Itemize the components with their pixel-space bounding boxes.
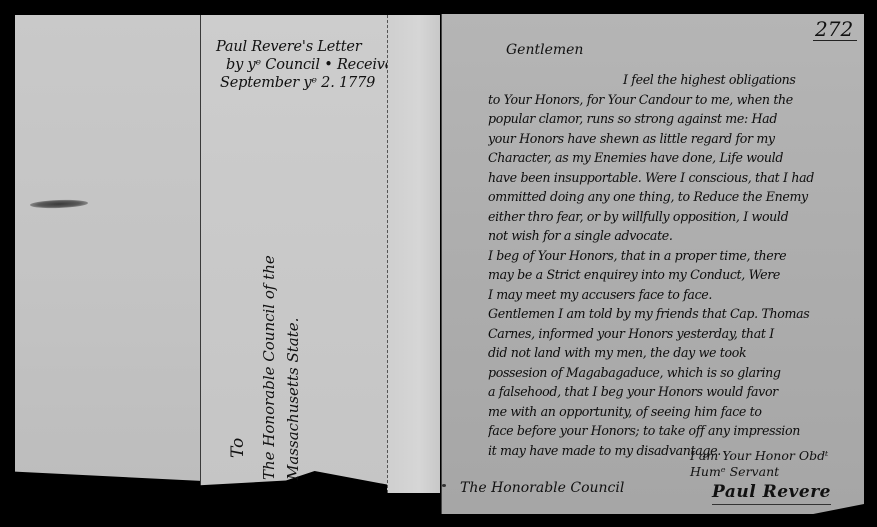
letter-line: I beg of Your Honors, that in a proper t… bbox=[488, 246, 863, 266]
docket-line: September yᵉ 2. 1779 bbox=[216, 74, 391, 92]
address-line: Massachusetts State. bbox=[284, 318, 302, 480]
letter-line: either thro fear, or by willfully opposi… bbox=[488, 207, 863, 227]
closing: I am Your Honor Obdᵗ Humᵉ Servant bbox=[690, 448, 828, 480]
margin-mark bbox=[442, 484, 446, 487]
address-to: To bbox=[228, 438, 248, 458]
letter-line: did not land with my men, the day we too… bbox=[488, 343, 863, 363]
address-line: The Honorable Council of the bbox=[260, 255, 278, 480]
closing-line: I am Your Honor Obdᵗ bbox=[690, 448, 828, 464]
letter-line: I feel the highest obligations bbox=[488, 70, 863, 90]
salutation: Gentlemen bbox=[506, 42, 583, 58]
letter-line: possesion of Magabagaduce, which is so g… bbox=[488, 363, 863, 383]
letter-line: Character, as my Enemies have done, Life… bbox=[488, 148, 863, 168]
letter-line: Gentlemen I am told by my friends that C… bbox=[488, 304, 863, 324]
letter-line: may be a Strict enquirey into my Conduct… bbox=[488, 265, 863, 285]
letter-line: your Honors have shewn as little regard … bbox=[488, 129, 863, 149]
closing-line: Humᵉ Servant bbox=[690, 464, 828, 480]
signature: Paul Revere bbox=[712, 482, 831, 505]
letter-line: I may meet my accusers face to face. bbox=[488, 285, 863, 305]
letter-line: Carnes, informed your Honors yesterday, … bbox=[488, 324, 863, 344]
docket-note: Paul Revere's Letter by yᵉ Council • Rec… bbox=[216, 38, 391, 92]
page-number: 272 bbox=[813, 18, 857, 41]
letter-body: I feel the highest obligations to Your H… bbox=[488, 70, 863, 460]
addressee: The Honorable Council bbox=[460, 480, 624, 496]
letter-line: me with an opportunity, of seeing him fa… bbox=[488, 402, 863, 422]
document-scan: Paul Revere's Letter by yᵉ Council • Rec… bbox=[0, 0, 877, 527]
letter-line: popular clamor, runs so strong against m… bbox=[488, 109, 863, 129]
letter-line: face before your Honors; to take off any… bbox=[488, 421, 863, 441]
blank-leaf bbox=[15, 15, 203, 481]
docket-line: by yᵉ Council • Received bbox=[216, 56, 391, 74]
letter-line: ommitted doing any one thing, to Reduce … bbox=[488, 187, 863, 207]
letter-line: to Your Honors, for Your Candour to me, … bbox=[488, 90, 863, 110]
letter-line: a falsehood, that I beg your Honors woul… bbox=[488, 382, 863, 402]
letter-line: have been insupportable. Were I consciou… bbox=[488, 168, 863, 188]
letter-line: not wish for a single advocate. bbox=[488, 226, 863, 246]
docket-line: Paul Revere's Letter bbox=[216, 38, 391, 56]
fold-strip bbox=[387, 15, 440, 493]
